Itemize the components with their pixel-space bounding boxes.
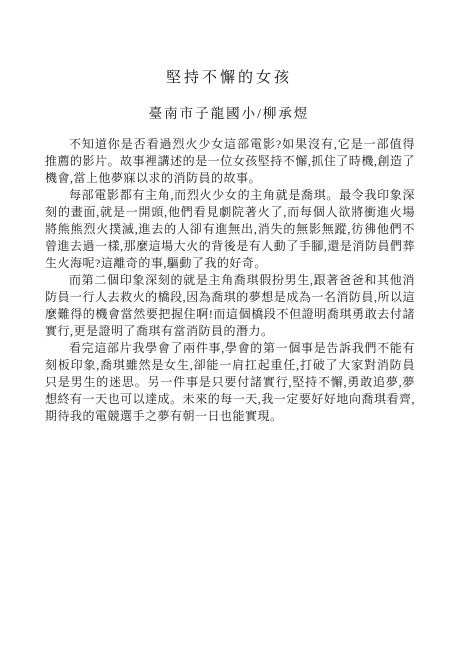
paragraph-3: 而第二個印象深刻的就是主角喬琪假扮男生,跟著爸爸和其他消防員一行人去救火的橋段,… (45, 272, 415, 340)
essay-byline: 臺南市子龍國小/柳承煜 (0, 87, 458, 122)
document-page: 堅持不懈的女孩 臺南市子龍國小/柳承煜 不知道你是否看過烈火少女這部電影?如果沒… (0, 0, 458, 648)
essay-title: 堅持不懈的女孩 (0, 0, 458, 87)
paragraph-1: 不知道你是否看過烈火少女這部電影?如果沒有,它是一部值得推薦的影片。故事裡講述的… (45, 136, 415, 187)
paragraph-2: 每部電影都有主角,而烈火少女的主角就是喬琪。最令我印象深刻的畫面,就是一開頭,他… (45, 187, 415, 272)
essay-body: 不知道你是否看過烈火少女這部電影?如果沒有,它是一部值得推薦的影片。故事裡講述的… (45, 136, 415, 425)
paragraph-4: 看完這部片我學會了兩件事,學會的第一個事是告訴我們不能有刻板印象,喬琪雖然是女生… (45, 340, 415, 425)
